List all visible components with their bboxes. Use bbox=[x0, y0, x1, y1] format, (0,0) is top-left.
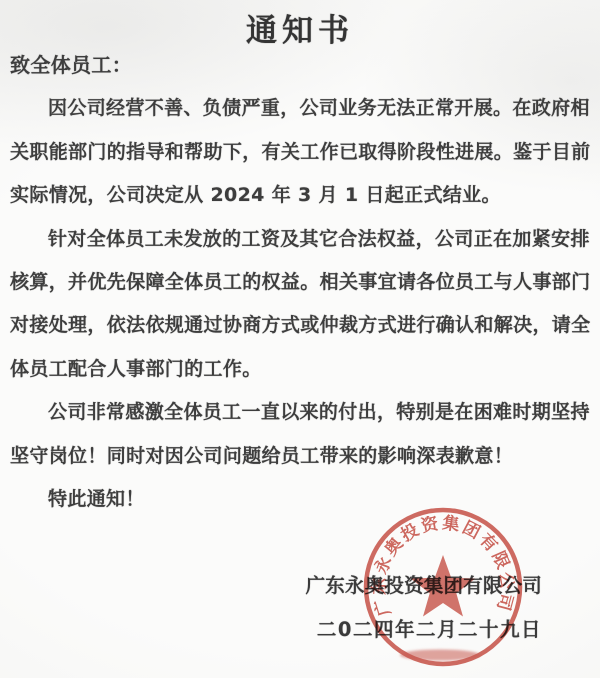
notice-document: 通知书 致全体员工： 因公司经营不善、负债严重，公司业务无法正常开展。在政府相 … bbox=[0, 0, 600, 678]
seal-smudge bbox=[400, 650, 480, 661]
paragraph-line: 对接处理，依法依规通过协商方式或仲裁方式进行确认和解决，请全 bbox=[10, 304, 596, 347]
paragraph-line: 针对全体员工未发放的工资及其它合法权益，公司正在加紧安排 bbox=[10, 218, 596, 261]
paragraph-line: 坚守岗位！同时对因公司问题给员工带来的影响深表歉意！ bbox=[10, 435, 596, 478]
seal-star-icon bbox=[411, 555, 476, 617]
paragraph-line: 关职能部门的指导和帮助下，有关工作已取得阶段性进展。鉴于目前 bbox=[10, 131, 596, 174]
salutation: 致全体员工： bbox=[10, 44, 596, 87]
paragraph-line: 实际情况，公司决定从 2024 年 3 月 1 日起正式结业。 bbox=[10, 174, 596, 217]
paragraph-line: 体员工配合人事部门的工作。 bbox=[10, 348, 596, 391]
paragraph-line: 公司非常感激全体员工一直以来的付出，特别是在困难时期坚持 bbox=[10, 391, 596, 434]
company-seal: 广东永奥投资集团有限公司 bbox=[350, 492, 540, 678]
paragraph-line: 因公司经营不善、负债严重，公司业务无法正常开展。在政府相 bbox=[10, 87, 596, 130]
notice-body: 致全体员工： 因公司经营不善、负债严重，公司业务无法正常开展。在政府相 关职能部… bbox=[10, 44, 596, 521]
paragraph-line: 核算，并优先保障全体员工的权益。相关事宜请各位员工与人事部门 bbox=[10, 261, 596, 304]
